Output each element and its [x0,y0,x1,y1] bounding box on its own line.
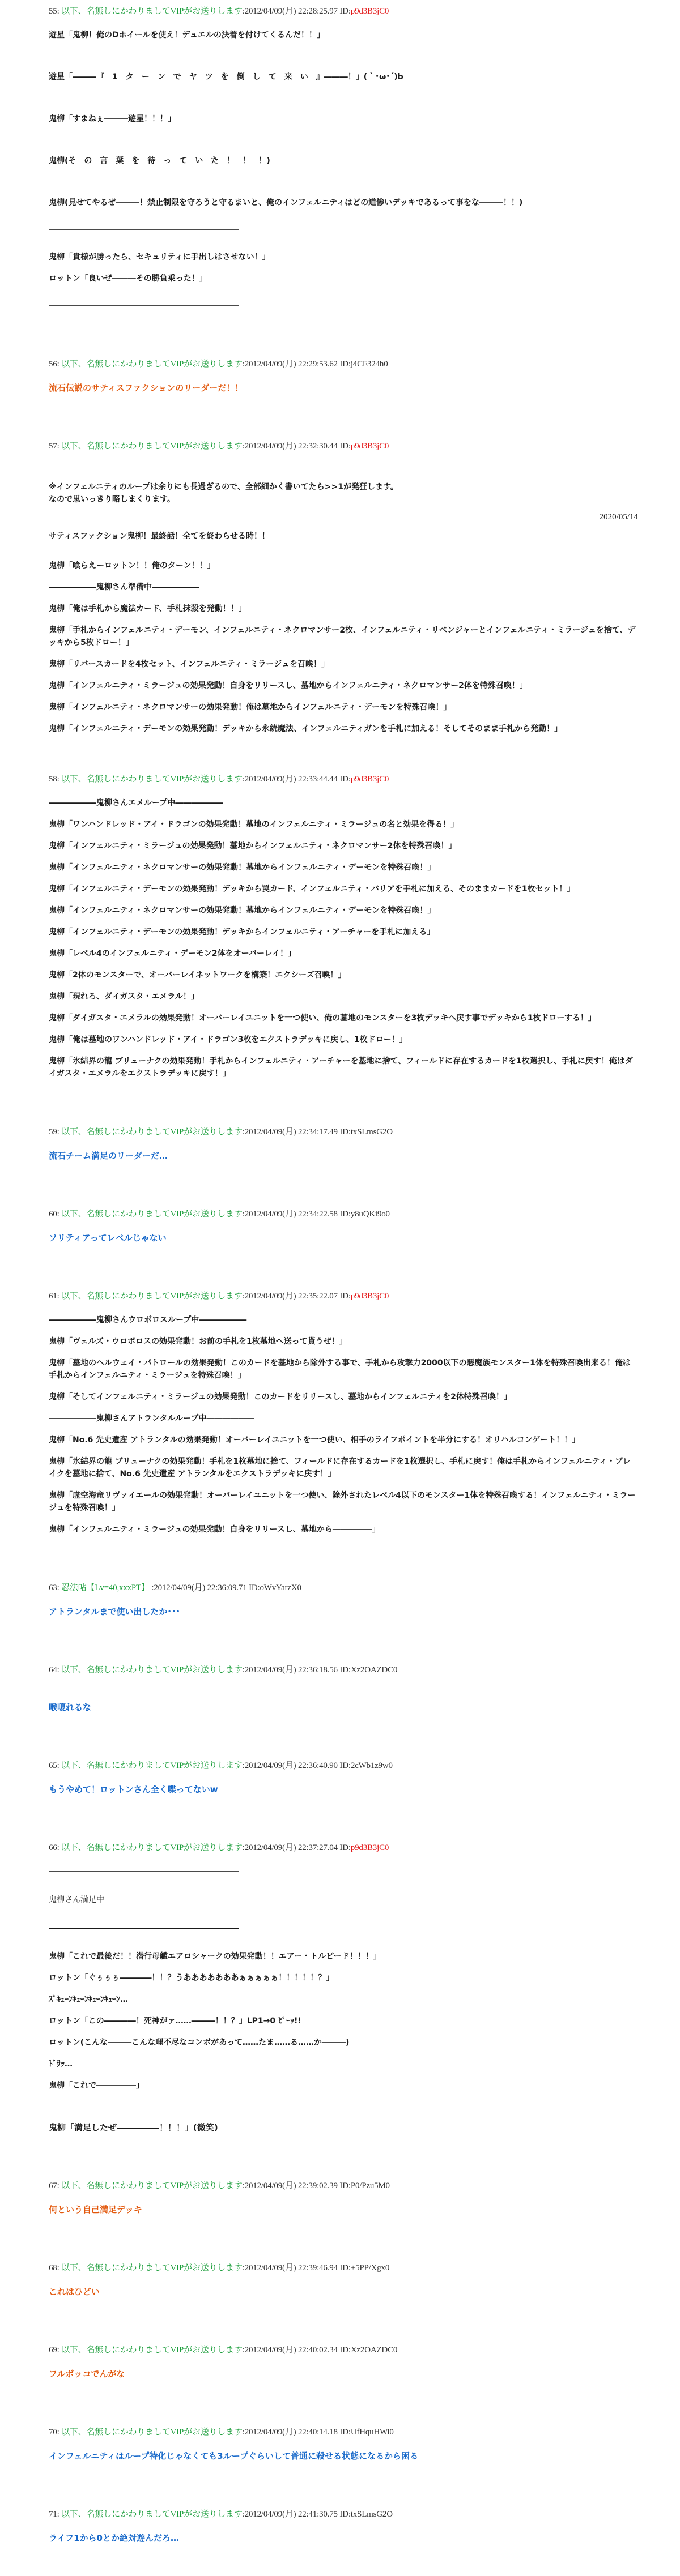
post-line: 遊星「―――『 1 タ ー ン で ヤ ツ を 倒 し て 来 い 』―――！」… [49,71,638,83]
post-number: 58 [49,775,57,784]
poster-name: 以下、名無しにかわりましてVIPがお送りします [61,1761,243,1770]
post-line: 鬼柳「ダイガスタ・エメラルの効果発動！オーバーレイユニットを一つ使い、俺の墓地の… [49,1012,638,1024]
poster-name: 以下、名無しにかわりましてVIPがお送りします [61,1292,243,1301]
post-header: 55: 以下、名無しにかわりましてVIPがお送りします:2012/04/09(月… [49,5,638,16]
comment-text: 何という自己満足デッキ [49,2203,638,2216]
poster-name: 以下、名無しにかわりましてVIPがお送りします [61,2263,243,2272]
comment-text: これはひどい [49,2285,638,2298]
poster-id[interactable]: UfHquHWi0 [351,2428,394,2437]
post-line: 鬼柳「インフェルニティ・ネクロマンサーの効果発動！墓地からインフェルニティ・デー… [49,904,638,917]
post-datetime: 2012/04/09(月) 22:34:17.49 [245,1127,338,1137]
divider-line: ――――――鬼柳さん準備中―――――― [49,581,638,593]
post-datetime: 2012/04/09(月) 22:36:09.71 [154,1583,246,1592]
post-datetime: 2012/04/09(月) 22:39:46.94 [245,2263,338,2272]
poster-id[interactable]: oWvYarzX0 [260,1583,301,1592]
poster-name: 以下、名無しにかわりましてVIPがお送りします [61,2181,243,2190]
poster-id[interactable]: P0/Pzu5M0 [351,2181,390,2190]
poster-name: 以下、名無しにかわりましてVIPがお送りします [61,1210,243,1219]
post-datetime: 2012/04/09(月) 22:33:44.44 [245,775,338,784]
post-64: 64: 以下、名無しにかわりましてVIPがお送りします:2012/04/09(月… [49,1663,638,1714]
post-datetime: 2012/04/09(月) 22:39:02.39 [245,2181,338,2190]
post-line: 鬼柳「虚空海竜リヴァイエールの効果発動！オーバーレイユニットを一つ使い、除外され… [49,1489,638,1514]
post-number: 69 [49,2346,57,2355]
poster-name: 以下、名無しにかわりましてVIPがお送りします [61,1843,243,1852]
post-line: 鬼柳「インフェルニティ・ミラージュの効果発動！墓地からインフェルニティ・ネクロマ… [49,840,638,852]
post-63: 63: 忍法帖【Lv=40,xxxPT】 :2012/04/09(月) 22:3… [49,1581,638,1618]
post-header: 57: 以下、名無しにかわりましてVIPがお送りします:2012/04/09(月… [49,439,638,451]
post-datetime: 2012/04/09(月) 22:29:53.62 [245,360,338,369]
post-datetime: 2012/04/09(月) 22:32:30.44 [245,442,338,451]
poster-id[interactable]: 2cWb1z9w0 [351,1761,393,1770]
post-66: 66: 以下、名無しにかわりましてVIPがお送りします:2012/04/09(月… [49,1841,638,2134]
comment-text: ライフ1から0とか絶対遊んだろ… [49,2532,638,2544]
post-header: 68: 以下、名無しにかわりましてVIPがお送りします:2012/04/09(月… [49,2261,638,2273]
post-line: 鬼柳「現れろ、ダイガスタ・エメラル！」 [49,990,638,1003]
post-line: 鬼柳「氷結界の龍 ブリューナクの効果発動！手札を1枚墓地に捨て、フィールドに存在… [49,1455,638,1480]
post-number: 61 [49,1292,57,1301]
divider-line: ―――――――――――――――――――――――― [49,224,638,236]
post-datetime: 2012/04/09(月) 22:41:30.75 [245,2510,338,2519]
comment-text: もうやめて！ロットンさん全く喋ってないw [49,1783,638,1796]
poster-id[interactable]: Xz2OAZDC0 [351,1665,397,1674]
note-line: ※インフェルニティのループは余りにも長過ぎるので、全部細かく書いてたら>>1が発… [49,481,638,493]
post-67: 67: 以下、名無しにかわりましてVIPがお送りします:2012/04/09(月… [49,2179,638,2216]
comment-text: 流石チーム満足のリーダーだ… [49,1150,638,1162]
post-57: 57: 以下、名無しにかわりましてVIPがお送りします:2012/04/09(月… [49,439,638,735]
post-header: 61: 以下、名無しにかわりましてVIPがお送りします:2012/04/09(月… [49,1289,638,1301]
poster-name: 以下、名無しにかわりましてVIPがお送りします [61,2510,243,2519]
poster-name: 忍法帖【Lv=40,xxxPT】 [61,1583,150,1592]
post-line: 鬼柳「手札からインフェルニティ・デーモン、インフェルニティ・ネクロマンサー2枚、… [49,624,638,649]
post-number: 67 [49,2181,57,2190]
post-line: 鬼柳(そ の 言 葉 を 待 っ て い た ！ ！ ！) [49,155,638,167]
post-line: 鬼柳「満足したぜ―――――！！！」(微笑) [49,2121,638,2134]
post-header: 69: 以下、名無しにかわりましてVIPがお送りします:2012/04/09(月… [49,2343,638,2355]
post-71: 71: 以下、名無しにかわりましてVIPがお送りします:2012/04/09(月… [49,2507,638,2544]
post-line: 鬼柳「これで最後だ！！潜行母艦エアロシャークの効果発動！！エアー・トルピード！！… [49,1950,638,1963]
post-line: 鬼柳「リバースカードを4枚セット、インフェルニティ・ミラージュを召喚！」 [49,658,638,670]
poster-name: 以下、名無しにかわりましてVIPがお送りします [61,7,243,16]
post-68: 68: 以下、名無しにかわりましてVIPがお送りします:2012/04/09(月… [49,2261,638,2298]
post-header: 59: 以下、名無しにかわりましてVIPがお送りします:2012/04/09(月… [49,1125,638,1137]
post-header: 71: 以下、名無しにかわりましてVIPがお送りします:2012/04/09(月… [49,2507,638,2519]
poster-id[interactable]: +5PP/Xgx0 [351,2263,389,2272]
comment-text: 喉嗄れるな [49,1701,638,1714]
post-line: 鬼柳「インフェルニティ・ネクロマンサーの効果発動！墓地からインフェルニティ・デー… [49,861,638,874]
comment-text: アトランタルまで使い出したか･･･ [49,1605,638,1618]
post-line: 鬼柳(見せてやるぜ―――！禁止制限を守ろうと守るまいと、俺のインフェルニティはど… [49,196,638,209]
post-number: 63 [49,1583,57,1592]
post-line: 鬼柳「そしてインフェルニティ・ミラージュの効果発動！このカードをリリースし、墓地… [49,1391,638,1403]
comment-text: フルボッコでんがな [49,2368,638,2380]
date-stamp: 2020/05/14 [49,512,638,522]
post-69: 69: 以下、名無しにかわりましてVIPがお送りします:2012/04/09(月… [49,2343,638,2380]
note-line: なので思いっきり略しまくります。 [49,493,638,506]
poster-id[interactable]: p9d3B3jC0 [351,442,389,451]
poster-id[interactable]: txSLmsG2O [351,1127,393,1137]
post-header: 65: 以下、名無しにかわりましてVIPがお送りします:2012/04/09(月… [49,1759,638,1771]
post-line: 鬼柳「インフェルニティ・デーモンの効果発動！デッキからインフェルニティ・アーチャ… [49,926,638,938]
divider-line: ―――――――――――――――――――――――― [49,1865,638,1878]
post-55: 55: 以下、名無しにかわりましてVIPがお送りします:2012/04/09(月… [49,5,638,312]
poster-name: 以下、名無しにかわりましてVIPがお送りします [61,2428,243,2437]
poster-name: 以下、名無しにかわりましてVIPがお送りします [61,442,243,451]
poster-name: 以下、名無しにかわりましてVIPがお送りします [61,360,243,369]
post-datetime: 2012/04/09(月) 22:40:14.18 [245,2428,338,2437]
post-number: 59 [49,1127,57,1137]
post-line: 鬼柳「インフェルニティ・ネクロマンサーの効果発動！俺は墓地からインフェルニティ・… [49,701,638,714]
divider-line: ―――――――――――――――――――――――― [49,300,638,312]
post-line: 鬼柳「これで―――――」 [49,2079,638,2092]
poster-id[interactable]: y8uQKi9o0 [351,1210,390,1219]
poster-name: 以下、名無しにかわりましてVIPがお送りします [61,775,243,784]
post-header: 70: 以下、名無しにかわりましてVIPがお送りします:2012/04/09(月… [49,2425,638,2437]
post-number: 57 [49,442,57,451]
post-header: 58: 以下、名無しにかわりましてVIPがお送りします:2012/04/09(月… [49,772,638,784]
post-line: 鬼柳「貴様が勝ったら、セキュリティに手出しはさせない！」 [49,251,638,263]
comment-text: 流石伝説のサティスファクションのリーダーだ！！ [49,382,638,394]
post-header: 67: 以下、名無しにかわりましてVIPがお送りします:2012/04/09(月… [49,2179,638,2191]
post-line: 鬼柳「氷結界の龍 ブリューナクの効果発動！手札からインフェルニティ・アーチャーを… [49,1055,638,1080]
post-header: 60: 以下、名無しにかわりましてVIPがお送りします:2012/04/09(月… [49,1207,638,1219]
post-line: 鬼柳「No.6 先史遺産 アトランタルの効果発動！オーバーレイユニットを一つ使い… [49,1434,638,1446]
post-line: 鬼柳「レベル4のインフェルニティ・デーモン2体をオーバーレイ！」 [49,947,638,960]
post-56: 56: 以下、名無しにかわりましてVIPがお送りします:2012/04/09(月… [49,357,638,394]
poster-id[interactable]: p9d3B3jC0 [351,1843,389,1852]
post-number: 55 [49,7,57,16]
post-number: 71 [49,2510,57,2519]
poster-id[interactable]: p9d3B3jC0 [351,775,389,784]
post-line: ロットン「ぐぅぅぅ――――！！？うあああああああぁぁぁぁぁ！！！！！？」 [49,1972,638,1984]
post-line: 鬼柳「2体のモンスターで、オーバーレイネットワークを構築！エクシーズ召喚！」 [49,969,638,981]
post-line: ｽﾞｷｭｰﾝｷｭｰﾝｷｭｰﾝｷｭｰﾝ… [49,1993,638,2006]
poster-name: 以下、名無しにかわりましてVIPがお送りします [61,2346,243,2355]
post-line: ﾄﾞｻｯ… [49,2058,638,2070]
post-number: 65 [49,1761,57,1770]
comment-text: ソリティアってレベルじゃない [49,1232,638,1244]
post-line: 鬼柳「すまねぇ―――遊星！！！」 [49,113,638,125]
poster-id[interactable]: txSLmsG2O [351,2510,393,2519]
post-line: 鬼柳「俺は墓地のワンハンドレッド・アイ・ドラゴン3枚をエクストラデッキに戻し、1… [49,1033,638,1046]
post-61: 61: 以下、名無しにかわりましてVIPがお送りします:2012/04/09(月… [49,1289,638,1536]
post-number: 66 [49,1843,57,1852]
post-line: 鬼柳「喰らえーロットン！！俺のターン！！」 [49,559,638,572]
post-header: 56: 以下、名無しにかわりましてVIPがお送りします:2012/04/09(月… [49,357,638,369]
post-header: 66: 以下、名無しにかわりましてVIPがお送りします:2012/04/09(月… [49,1841,638,1853]
post-datetime: 2012/04/09(月) 22:36:40.90 [245,1761,338,1770]
post-line: 鬼柳「インフェルニティ・デーモンの効果発動！デッキから永続魔法、インフェルニティ… [49,723,638,735]
post-datetime: 2012/04/09(月) 22:40:02.34 [245,2346,338,2355]
poster-name: 以下、名無しにかわりましてVIPがお送りします [61,1665,243,1674]
post-line: 鬼柳さん満足中 [49,1894,638,1906]
post-datetime: 2012/04/09(月) 22:37:27.04 [245,1843,338,1852]
post-header: 63: 忍法帖【Lv=40,xxxPT】 :2012/04/09(月) 22:3… [49,1581,638,1593]
post-line: 鬼柳「ワンハンドレッド・アイ・ドラゴンの効果発動！墓地のインフェルニティ・ミラー… [49,818,638,831]
post-line: ロットン「良いぜ―――その勝負乗った！」 [49,272,638,285]
author-note: ※インフェルニティのループは余りにも長過ぎるので、全部細かく書いてたら>>1が発… [49,481,638,506]
thread: 55: 以下、名無しにかわりましてVIPがお送りします:2012/04/09(月… [0,0,638,2576]
post-header: 64: 以下、名無しにかわりましてVIPがお送りします:2012/04/09(月… [49,1663,638,1675]
divider-line: ――――――鬼柳さんウロボロスループ中―――――― [49,1314,638,1326]
post-datetime: 2012/04/09(月) 22:28:25.97 [245,7,338,16]
post-70: 70: 以下、名無しにかわりましてVIPがお送りします:2012/04/09(月… [49,2425,638,2462]
post-number: 60 [49,1210,57,1219]
divider-line: ――――――鬼柳さんエメループ中―――――― [49,797,638,809]
post-line: サティスファクション鬼柳！最終話！全てを終わらせる時！！ [49,530,638,542]
post-line: 鬼柳「インフェルニティ・デーモンの効果発動！デッキから罠カード、インフェルニティ… [49,883,638,895]
post-number: 64 [49,1665,57,1674]
poster-id[interactable]: p9d3B3jC0 [351,7,389,16]
comment-text: インフェルニティはループ特化じゃなくても3ループぐらいして普通に殺せる状態になる… [49,2450,638,2462]
post-60: 60: 以下、名無しにかわりましてVIPがお送りします:2012/04/09(月… [49,1207,638,1244]
post-65: 65: 以下、名無しにかわりましてVIPがお送りします:2012/04/09(月… [49,1759,638,1796]
post-line: 鬼柳「インフェルニティ・ミラージュの効果発動！自身をリリースし、墓地から――――… [49,1523,638,1536]
post-59: 59: 以下、名無しにかわりましてVIPがお送りします:2012/04/09(月… [49,1125,638,1162]
post-58: 58: 以下、名無しにかわりましてVIPがお送りします:2012/04/09(月… [49,772,638,1080]
poster-id[interactable]: j4CF324h0 [351,360,388,369]
post-number: 70 [49,2428,57,2437]
post-line: 遊星「鬼柳！俺のDホイールを使え！デュエルの決着を付けてくるんだ！！」 [49,29,638,41]
poster-id[interactable]: p9d3B3jC0 [351,1292,389,1301]
post-datetime: 2012/04/09(月) 22:35:22.07 [245,1292,338,1301]
post-line: ロットン「この――――！死神がァ……―――！！？」LP1→0 ﾋﾟｰｯ!! [49,2015,638,2027]
post-datetime: 2012/04/09(月) 22:36:18.56 [245,1665,338,1674]
post-line: 鬼柳「ヴェルズ・ウロボロスの効果発動！お前の手札を1枚墓地へ送って貰うぜ！」 [49,1335,638,1348]
post-line: 鬼柳「俺は手札から魔法カード、手札抹殺を発動！！」 [49,603,638,615]
poster-id[interactable]: Xz2OAZDC0 [351,2346,397,2355]
poster-name: 以下、名無しにかわりましてVIPがお送りします [61,1127,243,1137]
divider-line: ―――――――――――――――――――――――― [49,1922,638,1934]
post-line: ロットン(こんな―――こんな理不尽なコンボがあって……たま……る……か―――) [49,2036,638,2049]
post-line: 鬼柳「インフェルニティ・ミラージュの効果発動！自身をリリースし、墓地からインフェ… [49,680,638,692]
post-datetime: 2012/04/09(月) 22:34:22.58 [245,1210,338,1219]
post-line: 鬼柳「墓地のヘルウェイ・パトロールの効果発動！このカードを墓地から除外する事で、… [49,1357,638,1382]
post-number: 56 [49,360,57,369]
post-number: 68 [49,2263,57,2272]
divider-line: ――――――鬼柳さんアトランタルループ中―――――― [49,1412,638,1425]
